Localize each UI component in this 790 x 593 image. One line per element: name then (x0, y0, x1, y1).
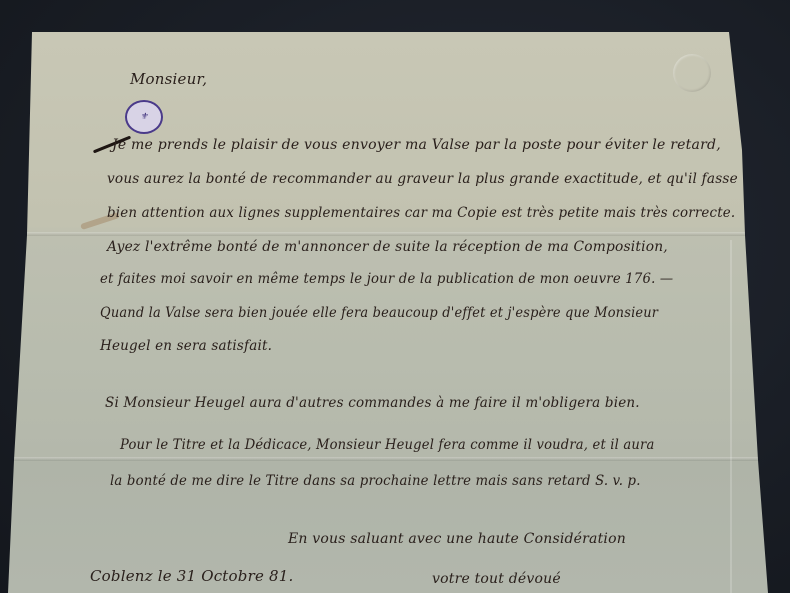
body-line: vous aurez la bonté de recommander au gr… (107, 171, 738, 187)
body-line: Je me prends le plaisir de vous envoyer … (112, 137, 721, 153)
body-line: bien attention aux lignes supplementaire… (107, 205, 735, 221)
body-line: Heugel en sera satisfait. (100, 338, 272, 354)
salutation: Monsieur, (130, 70, 207, 88)
body-line: et faites moi savoir en même temps le jo… (100, 271, 673, 287)
library-stamp-icon: ⚜ (125, 100, 163, 134)
signoff: votre tout dévoué (432, 571, 561, 587)
horizontal-fold (0, 457, 790, 461)
body-line: la bonté de me dire le Titre dans sa pro… (110, 473, 641, 489)
vertical-fold (730, 240, 732, 593)
body-line: Pour le Titre et la Dédicace, Monsieur H… (120, 437, 654, 453)
body-line: Ayez l'extrême bonté de m'annoncer de su… (107, 239, 668, 255)
letter-paper: ⚜ Monsieur, Je me prends le plaisir de v… (0, 0, 790, 593)
embossed-seal-icon (673, 54, 711, 92)
place-date: Coblenz le 31 Octobre 81. (90, 567, 293, 585)
closing-line: En vous saluant avec une haute Considéra… (288, 531, 626, 547)
body-line: Si Monsieur Heugel aura d'autres command… (105, 395, 640, 411)
horizontal-fold (0, 232, 790, 236)
body-line: Quand la Valse sera bien jouée elle fera… (100, 305, 658, 321)
